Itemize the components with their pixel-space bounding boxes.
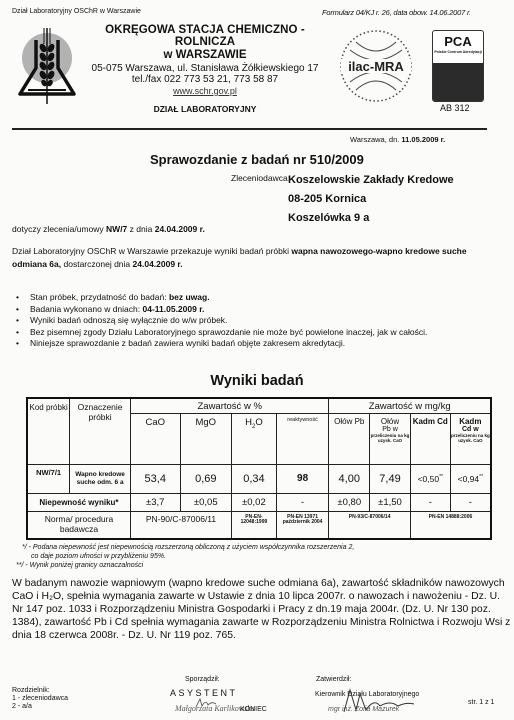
results-title: Wyniki badań	[0, 373, 514, 389]
list-item: Niniejsze sprawozdanie z badań zawiera w…	[12, 338, 507, 350]
cell-reaktywnosc: 98	[276, 464, 329, 493]
cell-mgo: 0,69	[180, 464, 232, 493]
header-h2o: H2O	[232, 413, 277, 464]
header-divider	[12, 128, 487, 130]
ilac-mra-logo: ilac-MRA	[338, 28, 414, 104]
header-group-mgkg: Zawartość w mg/kg	[329, 398, 491, 413]
cell-oznaczenie: Wapno kredowe suche odm. 6 a	[70, 464, 131, 493]
cell-cd-converted: <0,94**	[450, 464, 491, 493]
footnote-below-limit: **/ - Wynik poniżej granicy oznaczalnośc…	[16, 561, 354, 570]
cell-kod: NW/7/1	[27, 464, 70, 493]
header-reaktywnosc: reaktywność	[276, 413, 329, 464]
accreditation-number: AB 312	[440, 103, 470, 113]
order-number: NW/7	[106, 224, 127, 234]
uncertainty-reaktywnosc: -	[276, 493, 329, 511]
header-pb: Ołów Pb	[329, 413, 370, 464]
svg-text:ilac-MRA: ilac-MRA	[348, 59, 404, 74]
report-date: Warszawa, dn. 11.05.2009 r.	[350, 135, 445, 144]
report-date-value: 11.05.2009 r.	[401, 135, 445, 144]
header-mgo: MgO	[180, 413, 232, 464]
org-name: OKRĘGOWA STACJA CHEMICZNO - ROLNICZA	[82, 24, 328, 48]
end-marker: KONIEC	[240, 706, 267, 713]
norms-label: Norma/ procedura badawcza	[27, 511, 130, 539]
table-row-norms: Norma/ procedura badawcza PN-90/C-87006/…	[27, 511, 491, 539]
pca-dark-panel	[433, 63, 483, 101]
conclusion-paragraph: W badanym nawozie wapniowym (wapno kredo…	[12, 577, 512, 642]
table-row-uncertainty: Niepewność wyniku* ±3,7 ±0,05 ±0,02 - ±0…	[27, 493, 491, 511]
results-table: Kod próbki Oznaczenie próbki Zawartość w…	[26, 397, 492, 540]
pca-subtext: Polskie Centrum Akredytacji	[433, 50, 483, 54]
organization-header: OKRĘGOWA STACJA CHEMICZNO - ROLNICZA w W…	[82, 24, 328, 114]
header-cd: Kadm Cd	[410, 413, 450, 464]
client-city: 08-205 Kornica	[288, 190, 454, 209]
cell-cao: 53,4	[130, 464, 180, 493]
report-title: Sprawozdanie z badań nr 510/2009	[150, 152, 364, 167]
uncertainty-cd-converted: -	[450, 493, 491, 511]
approved-by-label: Zatwierdził:	[316, 676, 351, 683]
org-department: DZIAŁ LABORATORYJNY	[82, 104, 328, 114]
norm-cao-mgo: PN-90/C-87006/11	[130, 511, 231, 539]
cell-pb: 4,00	[329, 464, 370, 493]
header-department-label: Dział Laboratoryjny OSChR w Warszawie	[12, 8, 141, 15]
uncertainty-cao: ±3,7	[130, 493, 180, 511]
uncertainty-pb: ±0,80	[329, 493, 370, 511]
page-number: str. 1 z 1	[468, 699, 494, 706]
uncertainty-h2o: ±0,02	[232, 493, 277, 511]
norm-pb: PN-93/C-87006/14	[329, 511, 410, 539]
list-item: Stan próbek, przydatność do badań: bez u…	[12, 292, 507, 304]
client-block: Koszelowskie Zakłady Kredowe 08-205 Korn…	[288, 171, 454, 228]
uncertainty-label: Niepewność wyniku*	[27, 493, 130, 511]
prepared-by-label: Sporządził:	[185, 676, 220, 683]
cell-pb-converted: 7,49	[370, 464, 411, 493]
uncertainty-mgo: ±0,05	[180, 493, 232, 511]
cell-h2o: 0,34	[232, 464, 277, 493]
header-cd-converted: Kadm Cd w przeliczeniu na kg uzysk. CaO	[450, 413, 491, 464]
intro-paragraph: Dział Laboratoryjny OSChR w Warszawie pr…	[12, 245, 502, 271]
org-address: 05-075 Warszawa, ul. Stanisława Żółkiews…	[82, 63, 328, 74]
header-cao: CaO	[130, 413, 180, 464]
cell-cd: <0,50**	[410, 464, 450, 493]
head-of-lab-name: mgr inż. Zofia Mazurek	[328, 706, 399, 713]
distribution-list: Rozdzielnik: 1 - zleceniodawca 2 - a/a	[12, 687, 68, 711]
report-notes-list: Stan próbek, przydatność do badań: bez u…	[12, 292, 507, 350]
norm-h2o: PN-EN-12048:1999	[232, 511, 277, 539]
norm-reaktywnosc: PN-EN 13971 październik 2004	[276, 511, 329, 539]
list-item: Wyniki badań odnoszą się wyłącznie do w/…	[12, 315, 507, 327]
org-city: w WARSZAWIE	[82, 49, 328, 61]
order-date: 24.04.2009 r.	[155, 224, 205, 234]
footnotes: */ - Podana niepewność jest niepewnością…	[22, 543, 354, 570]
pca-accreditation-logo: PCA Polskie Centrum Akredytacji	[432, 30, 484, 102]
footnote-uncertainty: */ - Podana niepewność jest niepewnością…	[22, 543, 354, 552]
header-pb-converted: Ołów Pb w przeliczeniu na kg uzysk. CaO	[370, 413, 411, 464]
signature-icon	[340, 684, 420, 720]
delivery-date: 24.04.2009 r.	[133, 259, 183, 269]
client-name: Koszelowskie Zakłady Kredowe	[288, 171, 454, 190]
list-item: Badania wykonano w dniach: 04-11.05.2009…	[12, 304, 507, 316]
header-group-percent: Zawartość w %	[130, 398, 328, 413]
osch-wheat-flask-logo	[14, 24, 80, 106]
uncertainty-pb-converted: ±1,50	[370, 493, 411, 511]
table-row: NW/7/1 Wapno kredowe suche odm. 6 a 53,4…	[27, 464, 491, 493]
header-oznaczenie: Oznaczenie próbki	[70, 398, 131, 464]
client-label: Zleceniodawca:	[231, 173, 290, 183]
uncertainty-cd: -	[410, 493, 450, 511]
org-website-link[interactable]: www.schr.gov.pl	[82, 86, 328, 96]
form-reference: Formularz 04/KJ r. 26, data obow. 14.06.…	[322, 8, 471, 17]
norm-cd: PN-EN 14888:2006	[410, 511, 491, 539]
header-kod: Kod próbki	[27, 398, 70, 464]
order-reference: dotyczy zlecenia/umowy NW/7 z dnia 24.04…	[12, 224, 205, 234]
org-phone: tel./fax 022 773 53 21, 773 58 87	[82, 74, 328, 85]
list-item: Bez pisemnej zgody Działu Laboratoryjneg…	[12, 327, 507, 339]
client-street: Koszelówka 9 a	[288, 209, 454, 228]
pca-text: PCA	[444, 34, 471, 49]
